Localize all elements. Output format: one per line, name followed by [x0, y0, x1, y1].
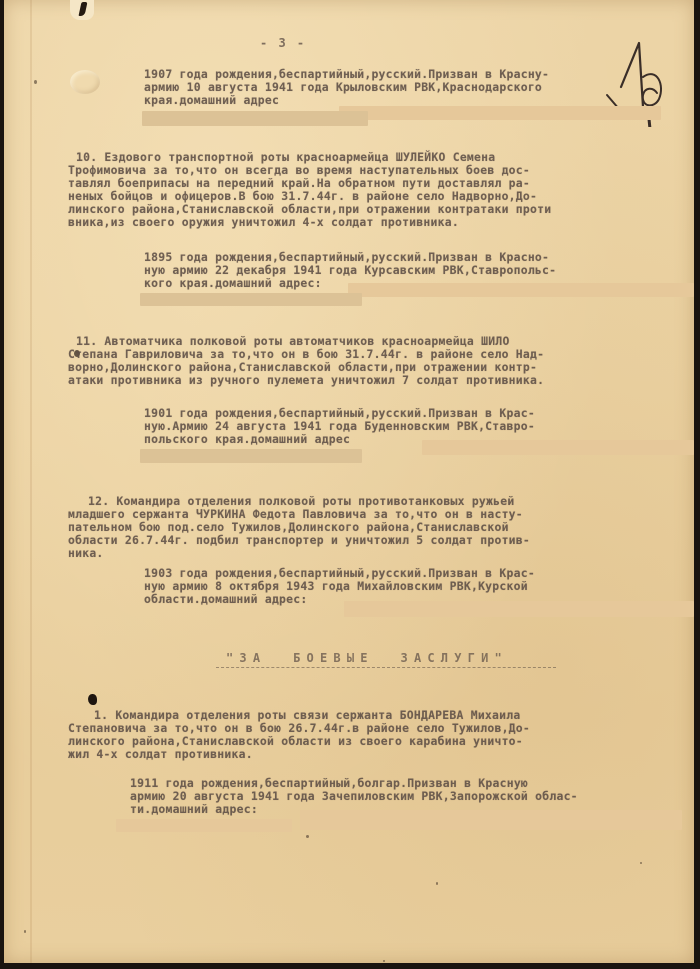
entry-text-line: области 26.7.44г. подбил транспортер и у…: [68, 534, 530, 547]
entry-bio-line: края.домашний адрес: [144, 94, 279, 107]
paper-speck: [306, 835, 309, 838]
entry-bio-line: польского края.домашний адрес: [144, 433, 350, 446]
redacted-address: [348, 283, 694, 297]
redacted-address: [116, 819, 292, 832]
section-heading: "ЗА БОЕВЫЕ ЗАСЛУГИ": [226, 651, 508, 665]
paper-crease: [70, 70, 100, 94]
heading-underline: [216, 667, 556, 668]
redacted-address: [142, 111, 368, 126]
entry-bio-line: ти.домашний адрес:: [130, 803, 258, 816]
entry-text-line: ника.: [68, 547, 104, 560]
paper-speck: [640, 862, 642, 864]
paper-speck: [436, 882, 438, 885]
ink-blot: [88, 694, 97, 705]
redacted-address: [140, 293, 362, 306]
paper-speck: [24, 930, 26, 933]
page-fold-line: [30, 0, 32, 963]
entry-bio-line: кого края.домашний адрес:: [144, 277, 322, 290]
redacted-address: [140, 449, 362, 463]
entry-bio-line: области.домашний адрес:: [144, 593, 307, 606]
entry-text-line: атаки противника из ручного пулемета уни…: [68, 374, 544, 387]
page-number: - 3 -: [260, 36, 306, 50]
redacted-address: [300, 810, 682, 830]
entry-text-line: вника,из своего оружия уничтожил 4-х сол…: [68, 216, 459, 229]
redacted-address: [339, 106, 661, 120]
document-page: - 3 - 1907 года рождения,беспартийный,ру…: [4, 0, 694, 963]
entry-text-line: жил 4-х солдат противника.: [68, 748, 253, 761]
paper-speck: [383, 960, 385, 962]
redacted-address: [344, 601, 694, 617]
redacted-address: [422, 440, 694, 455]
paper-speck: [34, 80, 37, 84]
